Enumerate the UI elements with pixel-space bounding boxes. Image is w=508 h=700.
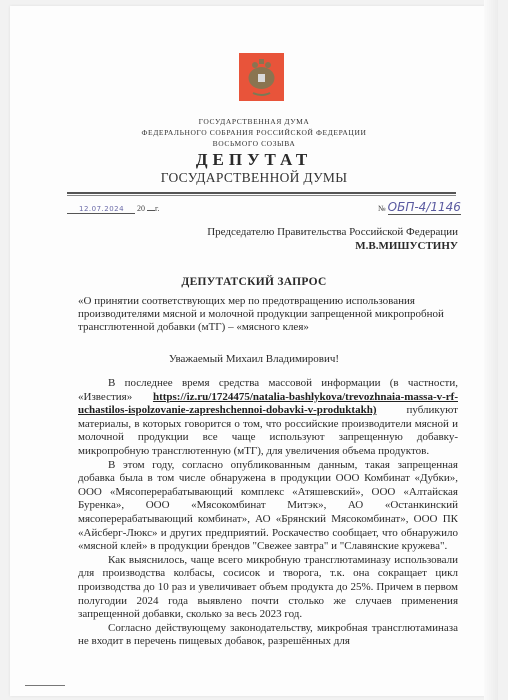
letterhead-subtitle: ГОСУДАРСТВЕННОЙ ДУМЫ xyxy=(0,170,508,186)
document-title: ДЕПУТАТСКИЙ ЗАПРОС xyxy=(0,276,508,288)
number-value: ОБП-4/1146 xyxy=(388,200,461,215)
number-label: № xyxy=(378,204,386,213)
letterhead-title: ДЕПУТАТ xyxy=(0,150,508,170)
date-field: 12.07.2024 20 г. xyxy=(67,204,159,214)
paragraph-1: В последнее время средства массовой инфо… xyxy=(78,377,458,459)
date-year-suffix: г. xyxy=(155,204,159,213)
coat-of-arms-icon xyxy=(239,53,284,101)
paragraph-4: Согласно действующему законодательству, … xyxy=(78,622,458,649)
addressee: Председателю Правительства Российской Фе… xyxy=(207,226,458,253)
scan-mark xyxy=(25,685,65,686)
paragraph-2: В этом году, согласно опубликованным дан… xyxy=(78,459,458,554)
document-number: № ОБП-4/1146 xyxy=(378,200,461,214)
greeting: Уважаемый Михаил Владимирович! xyxy=(0,353,508,365)
addressee-name: М.В.МИШУСТИНУ xyxy=(207,240,458,254)
scan-edge-shadow xyxy=(484,0,498,700)
handwritten-date: 12.07.2024 xyxy=(67,205,124,213)
document-subject: «О принятии соответствующих мер по предо… xyxy=(78,295,458,335)
document-body: В последнее время средства массовой инфо… xyxy=(78,377,458,649)
addressee-position: Председателю Правительства Российской Фе… xyxy=(207,226,458,240)
org-line-2: ФЕДЕРАЛЬНОГО СОБРАНИЯ РОССИЙСКОЙ ФЕДЕРАЦ… xyxy=(0,128,508,139)
date-suffix: 20 xyxy=(137,204,145,213)
header-rule xyxy=(67,192,456,194)
org-line-1: ГОСУДАРСТВЕННАЯ ДУМА xyxy=(0,117,508,128)
org-line-3: ВОСЬМОГО СОЗЫВА xyxy=(0,139,508,150)
paragraph-3: Как выяснилось, чаще всего микробную тра… xyxy=(78,554,458,622)
header-rule-thin xyxy=(67,195,456,196)
